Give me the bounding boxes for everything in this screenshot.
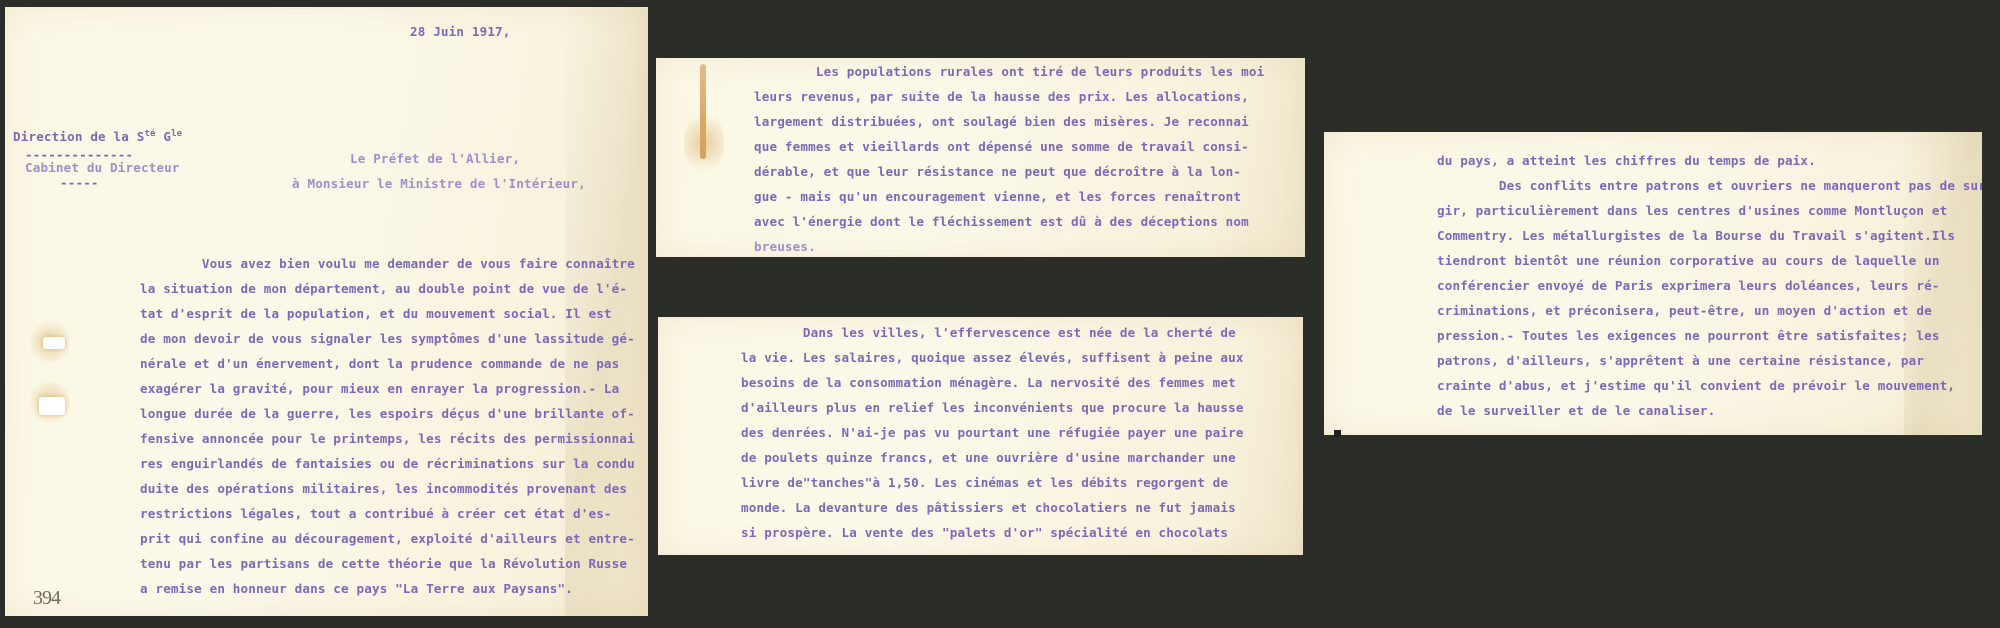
body-line: largement distribuées, ont soulagé bien … — [754, 116, 1249, 129]
tape-patch — [43, 337, 65, 349]
document-viewer: 28 Juin 1917, Direction de la Sté Gle --… — [0, 0, 2000, 628]
body-line: gue - mais qu'un encouragement vienne, e… — [754, 191, 1241, 204]
body-line: tenu par les partisans de cette théorie … — [140, 558, 627, 571]
body-line: nérale et d'un énervement, dont la prude… — [140, 358, 619, 371]
body-line: restrictions légales, tout a contribué à… — [140, 508, 612, 521]
body-line: de poulets quinze francs, et une ouvrièr… — [741, 452, 1236, 465]
letter-excerpt-rural: Les populations rurales ont tiré de leur… — [656, 58, 1305, 257]
body-line: a remise en honneur dans ce pays "La Ter… — [140, 583, 573, 596]
body-line: patrons, d'ailleurs, s'apprêtent à une c… — [1437, 355, 1924, 368]
body-line: besoins de la consommation ménagère. La … — [741, 377, 1236, 390]
body-line: breuses. — [754, 241, 816, 254]
body-line: tiendront bientôt une réunion corporativ… — [1437, 255, 1940, 268]
body-line: dérable, et que leur résistance ne peut … — [754, 166, 1241, 179]
body-line: prit qui confine au découragement, explo… — [140, 533, 635, 546]
body-line: Commentry. Les métallurgistes de la Bour… — [1437, 230, 1955, 243]
body-line: monde. La devanture des pâtissiers et ch… — [741, 502, 1236, 515]
letter-excerpt-conflicts: du pays, a atteint les chiffres du temps… — [1324, 132, 1982, 435]
body-line: exagérer la gravité, pour mieux en enray… — [140, 383, 619, 396]
body-line: criminations, et préconisera, peut-être,… — [1437, 305, 1932, 318]
body-line: livre de"tanches"à 1,50. Les cinémas et … — [741, 477, 1228, 490]
body-line: leurs revenus, par suite de la hausse de… — [754, 91, 1249, 104]
body-line: fensive annoncée pour le printemps, les … — [140, 433, 635, 446]
body-line: longue durée de la guerre, les espoirs d… — [140, 408, 635, 421]
letter-excerpt-cities: Dans les villes, l'effervescence est née… — [658, 317, 1303, 555]
letter-page-1: 28 Juin 1917, Direction de la Sté Gle --… — [5, 7, 648, 616]
body-line: Des conflits entre patrons et ouvriers n… — [1437, 180, 1982, 193]
body-line: des denrées. N'ai-je pas vu pourtant une… — [741, 427, 1244, 440]
body-line: si prospère. La vente des "palets d'or" … — [741, 527, 1228, 540]
body-line: la situation de mon département, au doub… — [140, 283, 627, 296]
letter-to: à Monsieur le Ministre de l'Intérieur, — [292, 178, 586, 191]
body-line: de mon devoir de vous signaler les sympt… — [140, 333, 635, 346]
page-number-annotation: 394 — [33, 587, 60, 610]
body-line: Dans les villes, l'effervescence est née… — [741, 327, 1236, 340]
body-line: la vie. Les salaires, quoique assez élev… — [741, 352, 1244, 365]
letter-from: Le Préfet de l'Allier, — [350, 153, 520, 166]
paper-stain — [684, 108, 724, 178]
sender-cabinet: Cabinet du Directeur — [25, 162, 180, 175]
body-line: res enguirlandés de fantaisies ou de réc… — [140, 458, 635, 471]
body-line: Vous avez bien voulu me demander de vous… — [140, 258, 635, 271]
body-line: pression.- Toutes les exigences ne pourr… — [1437, 330, 1940, 343]
body-line: Les populations rurales ont tiré de leur… — [754, 66, 1264, 79]
body-line: que femmes et vieillards ont dépensé une… — [754, 141, 1249, 154]
sender-separator-short: ----- — [60, 177, 99, 190]
body-line: duite des opérations militaires, les inc… — [140, 483, 627, 496]
body-line: du pays, a atteint les chiffres du temps… — [1437, 155, 1816, 168]
body-line: crainte d'abus, et j'estime qu'il convie… — [1437, 380, 1955, 393]
body-line: conférencier envoyé de Paris exprimera l… — [1437, 280, 1940, 293]
tape-patch — [39, 397, 65, 415]
body-line: gir, particulièrement dans les centres d… — [1437, 205, 1947, 218]
body-line: de le surveiller et de le canaliser. — [1437, 405, 1715, 418]
body-line: tat d'esprit de la population, et du mou… — [140, 308, 612, 321]
body-line: avec l'énergie dont le fléchissement est… — [754, 216, 1249, 229]
body-line: d'ailleurs plus en relief les inconvénie… — [741, 402, 1244, 415]
corner-marker — [1334, 430, 1341, 437]
letter-date: 28 Juin 1917, — [410, 26, 511, 39]
sender-department: Direction de la Sté Gle — [13, 131, 182, 144]
